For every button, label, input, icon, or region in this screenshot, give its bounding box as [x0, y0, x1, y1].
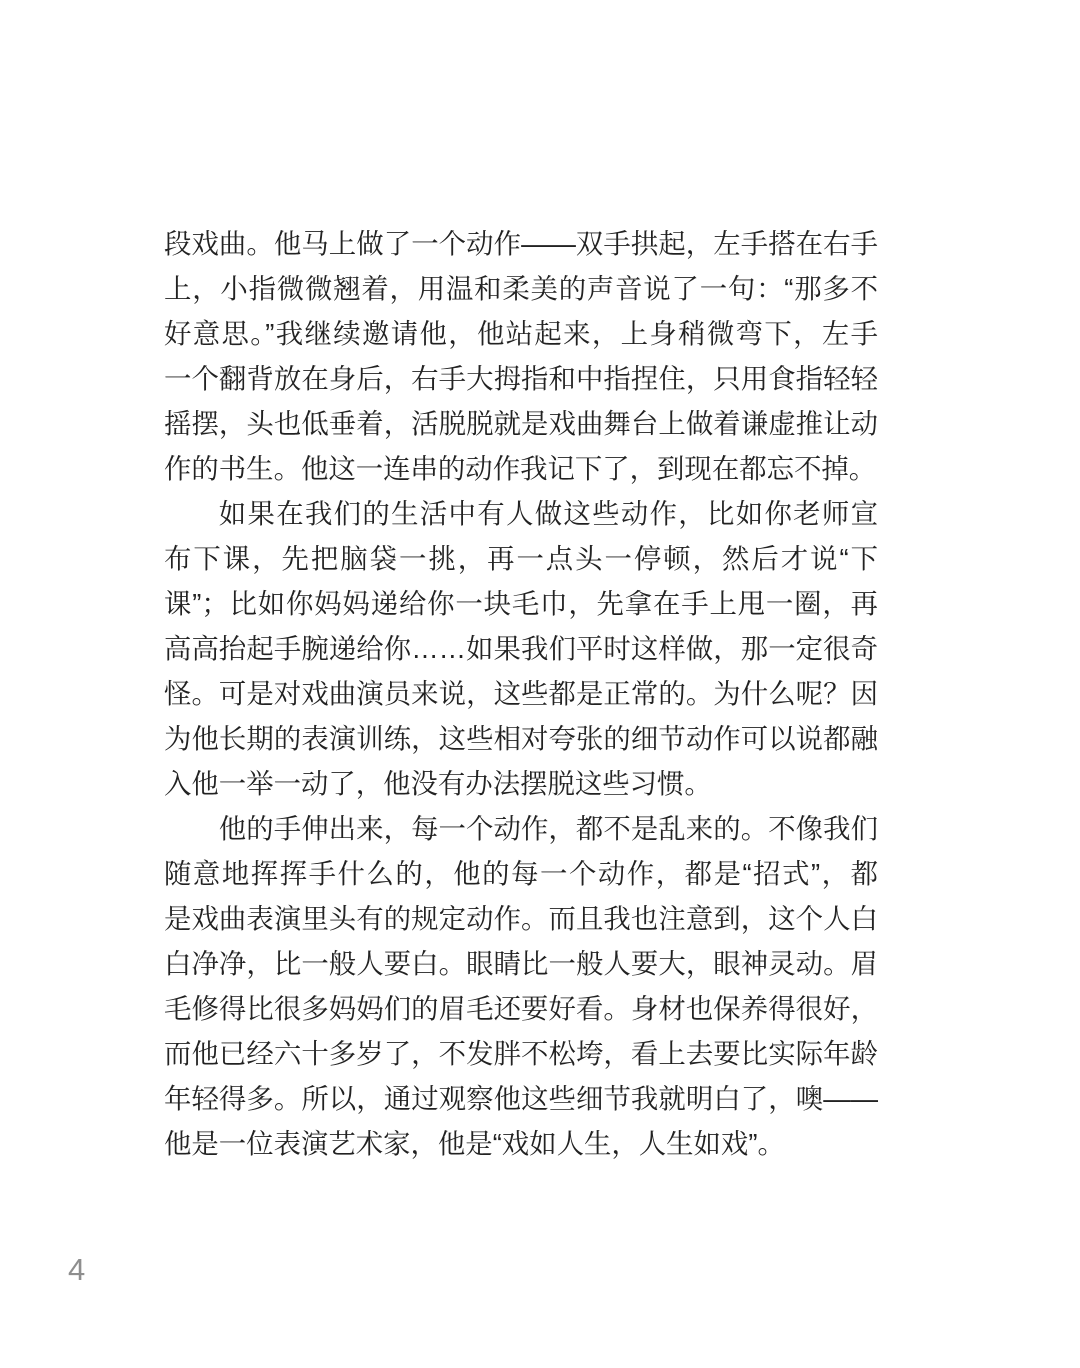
book-page: 段戏曲。他马上做了一个动作——双手拱起，左手搭在右手 上，小指微微翘着，用温和柔… — [0, 0, 1080, 1368]
paragraph: 他的手伸出来，每一个动作，都不是乱来的。不像我们 随意地挥挥手什么的，他的每一个… — [164, 806, 878, 1166]
text-line: 作的书生。他这一连串的动作我记下了，到现在都忘不掉。 — [164, 446, 878, 491]
text-line: 他是一位表演艺术家，他是“戏如人生，人生如戏”。 — [164, 1121, 878, 1166]
text-line: 年轻得多。所以，通过观察他这些细节我就明白了，噢—— — [164, 1076, 878, 1121]
text-line: 而他已经六十多岁了，不发胖不松垮，看上去要比实际年龄 — [164, 1031, 878, 1076]
text-line: 高高抬起手腕递给你……如果我们平时这样做，那一定很奇 — [164, 626, 878, 671]
text-line: 他的手伸出来，每一个动作，都不是乱来的。不像我们 — [164, 806, 878, 851]
text-line: 随意地挥挥手什么的，他的每一个动作，都是“招式”，都 — [164, 851, 878, 896]
text-line: 上，小指微微翘着，用温和柔美的声音说了一句：“那多不 — [164, 266, 878, 311]
page-text-block: 段戏曲。他马上做了一个动作——双手拱起，左手搭在右手 上，小指微微翘着，用温和柔… — [164, 221, 878, 1166]
text-line: 白净净，比一般人要白。眼睛比一般人要大，眼神灵动。眉 — [164, 941, 878, 986]
text-line: 怪。可是对戏曲演员来说，这些都是正常的。为什么呢？因 — [164, 671, 878, 716]
text-line: 课”；比如你妈妈递给你一块毛巾，先拿在手上甩一圈，再 — [164, 581, 878, 626]
text-line: 毛修得比很多妈妈们的眉毛还要好看。身材也保养得很好， — [164, 986, 878, 1031]
text-line: 段戏曲。他马上做了一个动作——双手拱起，左手搭在右手 — [164, 221, 878, 266]
text-line: 为他长期的表演训练，这些相对夸张的细节动作可以说都融 — [164, 716, 878, 761]
text-line: 是戏曲表演里头有的规定动作。而且我也注意到，这个人白 — [164, 896, 878, 941]
paragraph: 如果在我们的生活中有人做这些动作，比如你老师宣 布下课，先把脑袋一挑，再一点头一… — [164, 491, 878, 806]
page-number: 4 — [68, 1252, 85, 1288]
text-line: 一个翻背放在身后，右手大拇指和中指捏住，只用食指轻轻 — [164, 356, 878, 401]
paragraph: 段戏曲。他马上做了一个动作——双手拱起，左手搭在右手 上，小指微微翘着，用温和柔… — [164, 221, 878, 491]
text-line: 如果在我们的生活中有人做这些动作，比如你老师宣 — [164, 491, 878, 536]
text-line: 布下课，先把脑袋一挑，再一点头一停顿，然后才说“下 — [164, 536, 878, 581]
text-line: 摇摆，头也低垂着，活脱脱就是戏曲舞台上做着谦虚推让动 — [164, 401, 878, 446]
text-line: 入他一举一动了，他没有办法摆脱这些习惯。 — [164, 761, 878, 806]
text-line: 好意思。”我继续邀请他，他站起来，上身稍微弯下，左手 — [164, 311, 878, 356]
